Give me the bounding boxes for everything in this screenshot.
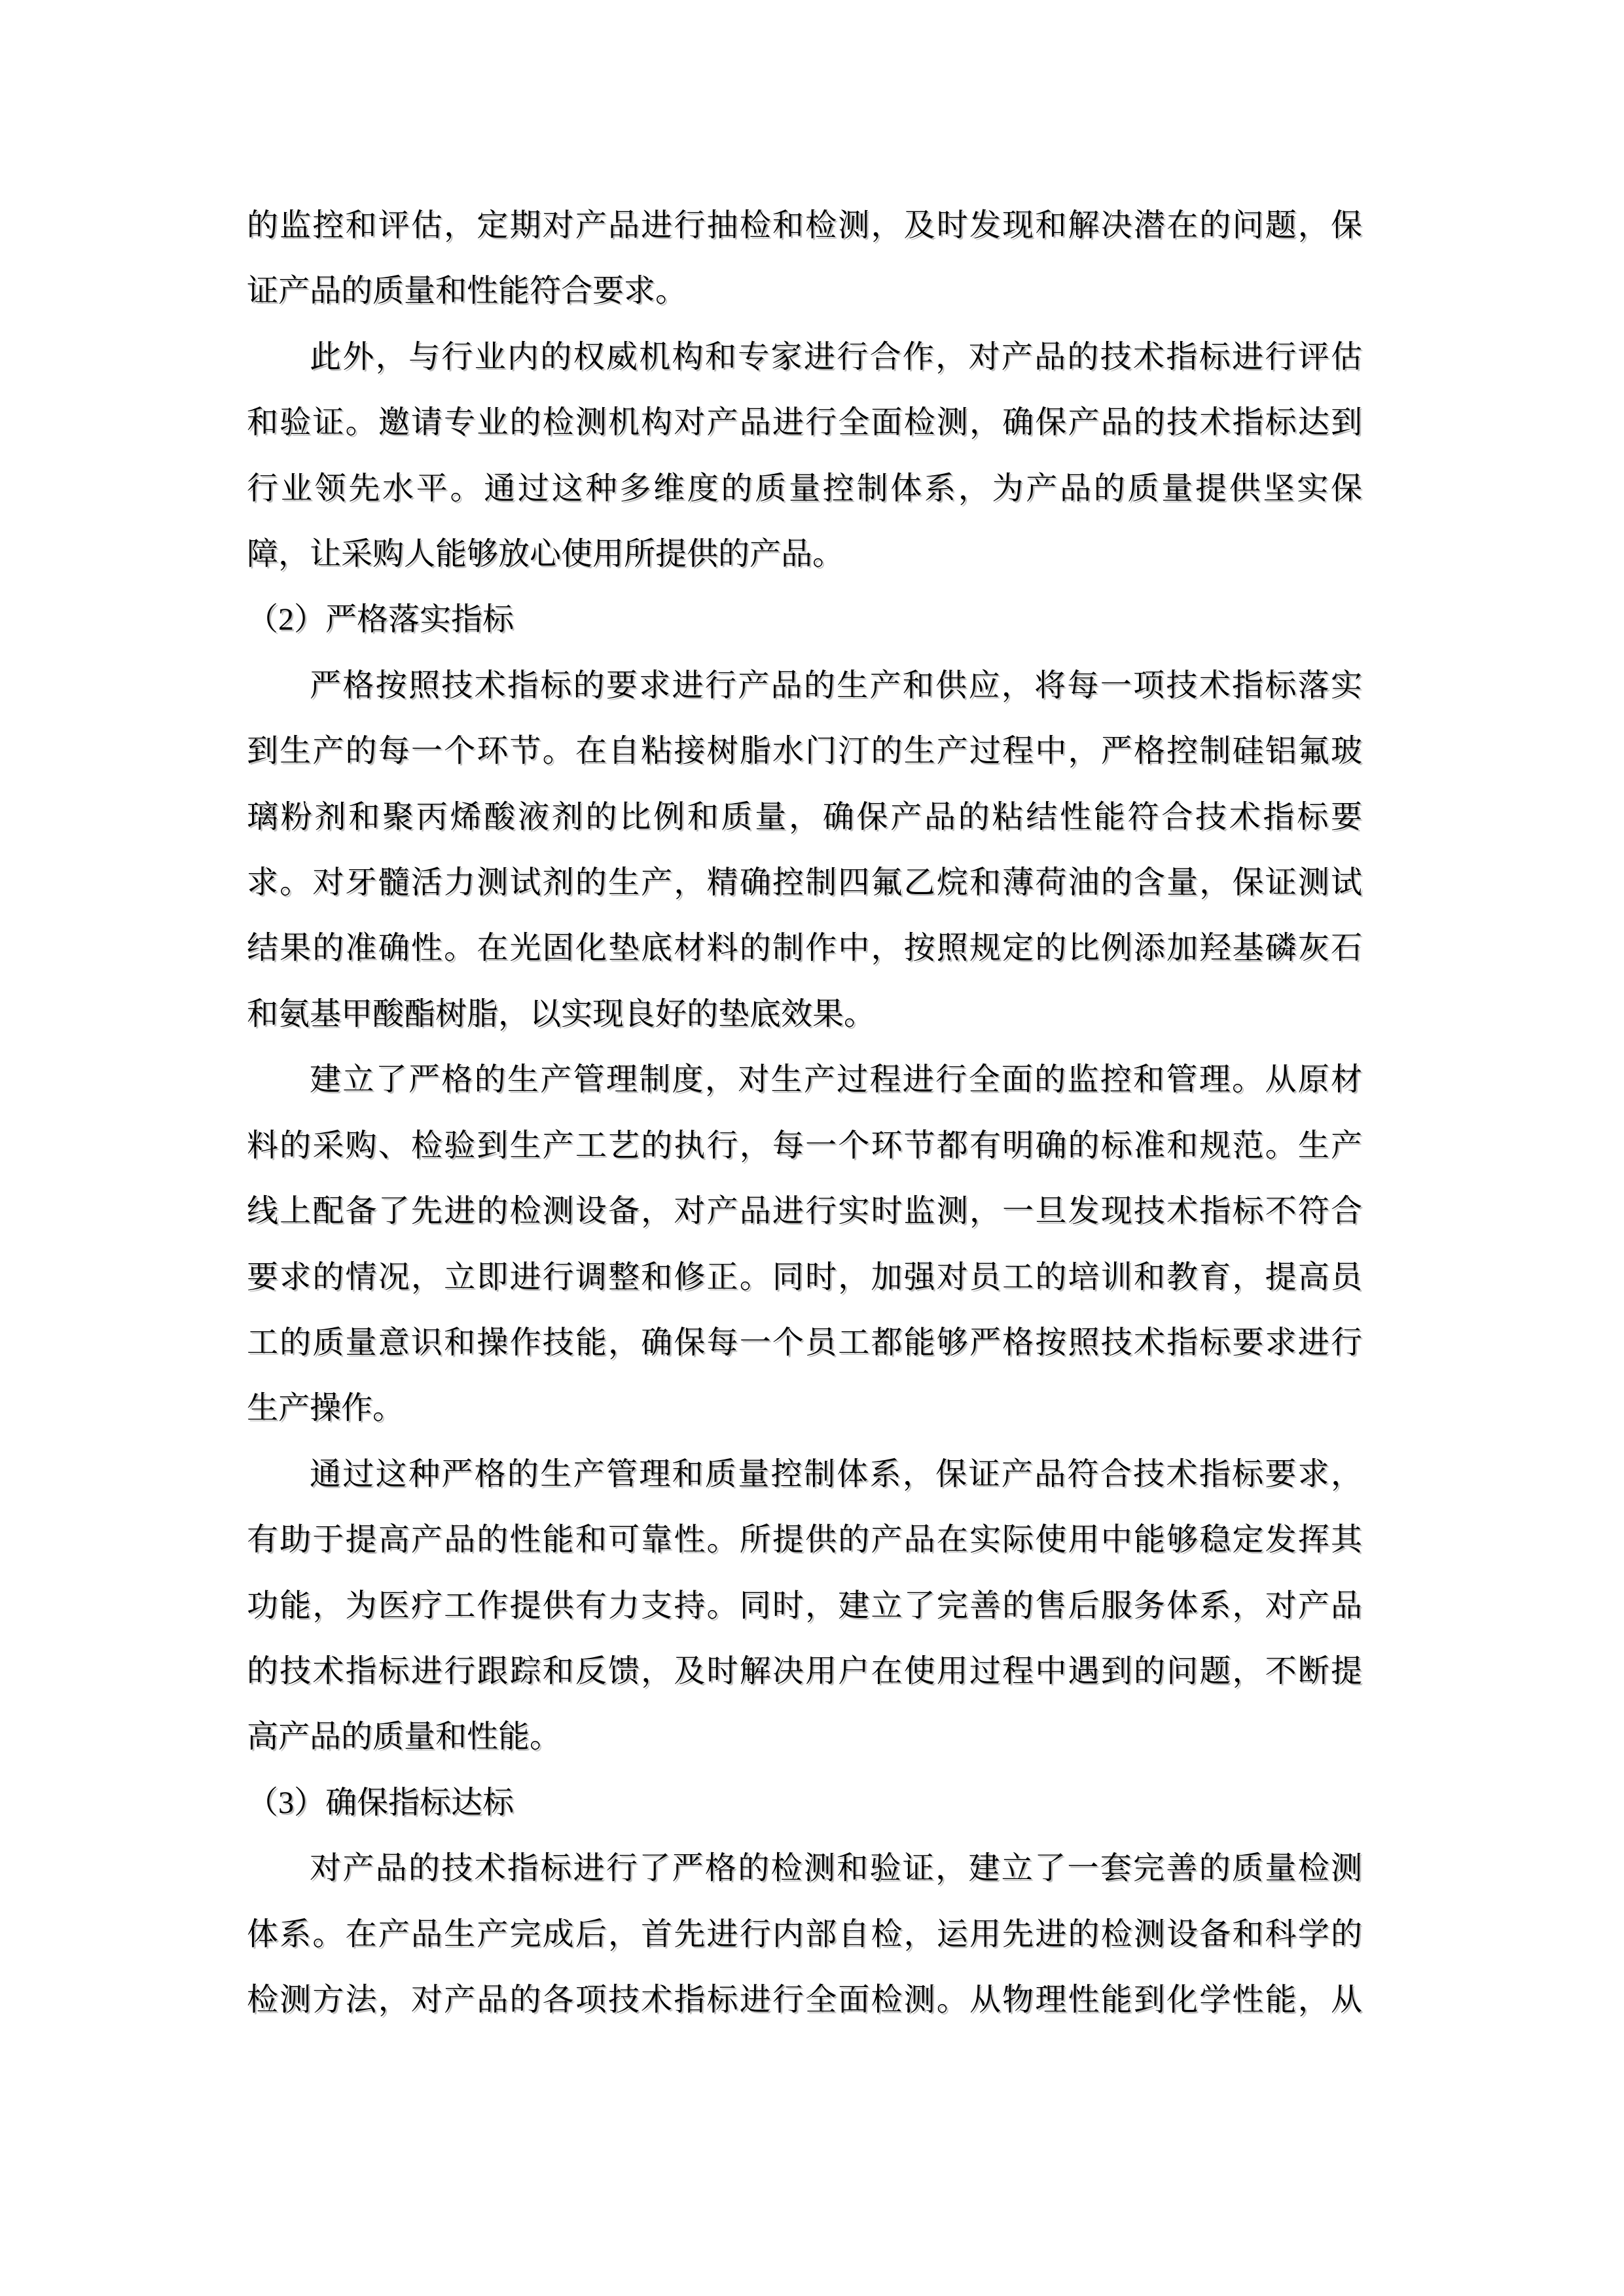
text-line: 有助于提高产品的性能和可靠性。所提供的产品在实际使用中能够稳定发挥其 xyxy=(247,1507,1362,1573)
text-line: 建立了严格的生产管理制度，对生产过程进行全面的监控和管理。从原材 xyxy=(247,1047,1362,1113)
text-line: 璃粉剂和聚丙烯酸液剂的比例和质量，确保产品的粘结性能符合技术指标要 xyxy=(247,785,1362,850)
text-line: 通过这种严格的生产管理和质量控制体系，保证产品符合技术指标要求， xyxy=(247,1442,1362,1507)
text-line: 求。对牙髓活力测试剂的生产，精确控制四氟乙烷和薄荷油的含量，保证测试 xyxy=(247,850,1362,916)
section-heading: （2）严格落实指标 xyxy=(247,587,1362,653)
document-body: 的监控和评估，定期对产品进行抽检和检测，及时发现和解决潜在的问题，保证产品的质量… xyxy=(247,193,1362,2033)
text-line: 障，让采购人能够放心使用所提供的产品。 xyxy=(247,522,1362,587)
text-line: 行业领先水平。通过这种多维度的质量控制体系，为产品的质量提供坚实保 xyxy=(247,456,1362,522)
text-line: 到生产的每一个环节。在自粘接树脂水门汀的生产过程中，严格控制硅铝氟玻 xyxy=(247,719,1362,784)
section-heading: （3）确保指标达标 xyxy=(247,1770,1362,1836)
document-page: 的监控和评估，定期对产品进行抽检和检测，及时发现和解决潜在的问题，保证产品的质量… xyxy=(0,0,1624,2296)
text-line: 高产品的质量和性能。 xyxy=(247,1704,1362,1770)
text-line: 工的质量意识和操作技能，确保每一个员工都能够严格按照技术指标要求进行 xyxy=(247,1310,1362,1376)
text-line: 生产操作。 xyxy=(247,1376,1362,1441)
text-line: 检测方法，对产品的各项技术指标进行全面检测。从物理性能到化学性能，从 xyxy=(247,1967,1362,2033)
text-line: 要求的情况，立即进行调整和修正。同时，加强对员工的培训和教育，提高员 xyxy=(247,1245,1362,1310)
text-line: 线上配备了先进的检测设备，对产品进行实时监测，一旦发现技术指标不符合 xyxy=(247,1179,1362,1244)
text-line: 和氨基甲酸酯树脂，以实现良好的垫底效果。 xyxy=(247,982,1362,1047)
text-line: 对产品的技术指标进行了严格的检测和验证，建立了一套完善的质量检测 xyxy=(247,1836,1362,1901)
text-line: 体系。在产品生产完成后，首先进行内部自检，运用先进的检测设备和科学的 xyxy=(247,1902,1362,1967)
text-line: 此外，与行业内的权威机构和专家进行合作，对产品的技术指标进行评估 xyxy=(247,325,1362,390)
text-line: 证产品的质量和性能符合要求。 xyxy=(247,259,1362,324)
text-line: 料的采购、检验到生产工艺的执行，每一个环节都有明确的标准和规范。生产 xyxy=(247,1113,1362,1179)
text-line: 功能，为医疗工作提供有力支持。同时，建立了完善的售后服务体系，对产品 xyxy=(247,1573,1362,1639)
text-line: 的技术指标进行跟踪和反馈，及时解决用户在使用过程中遇到的问题，不断提 xyxy=(247,1639,1362,1704)
text-line: 结果的准确性。在光固化垫底材料的制作中，按照规定的比例添加羟基磷灰石 xyxy=(247,916,1362,981)
text-line: 和验证。邀请专业的检测机构对产品进行全面检测，确保产品的技术指标达到 xyxy=(247,390,1362,456)
text-line: 严格按照技术指标的要求进行产品的生产和供应，将每一项技术指标落实 xyxy=(247,653,1362,719)
text-line: 的监控和评估，定期对产品进行抽检和检测，及时发现和解决潜在的问题，保 xyxy=(247,193,1362,259)
